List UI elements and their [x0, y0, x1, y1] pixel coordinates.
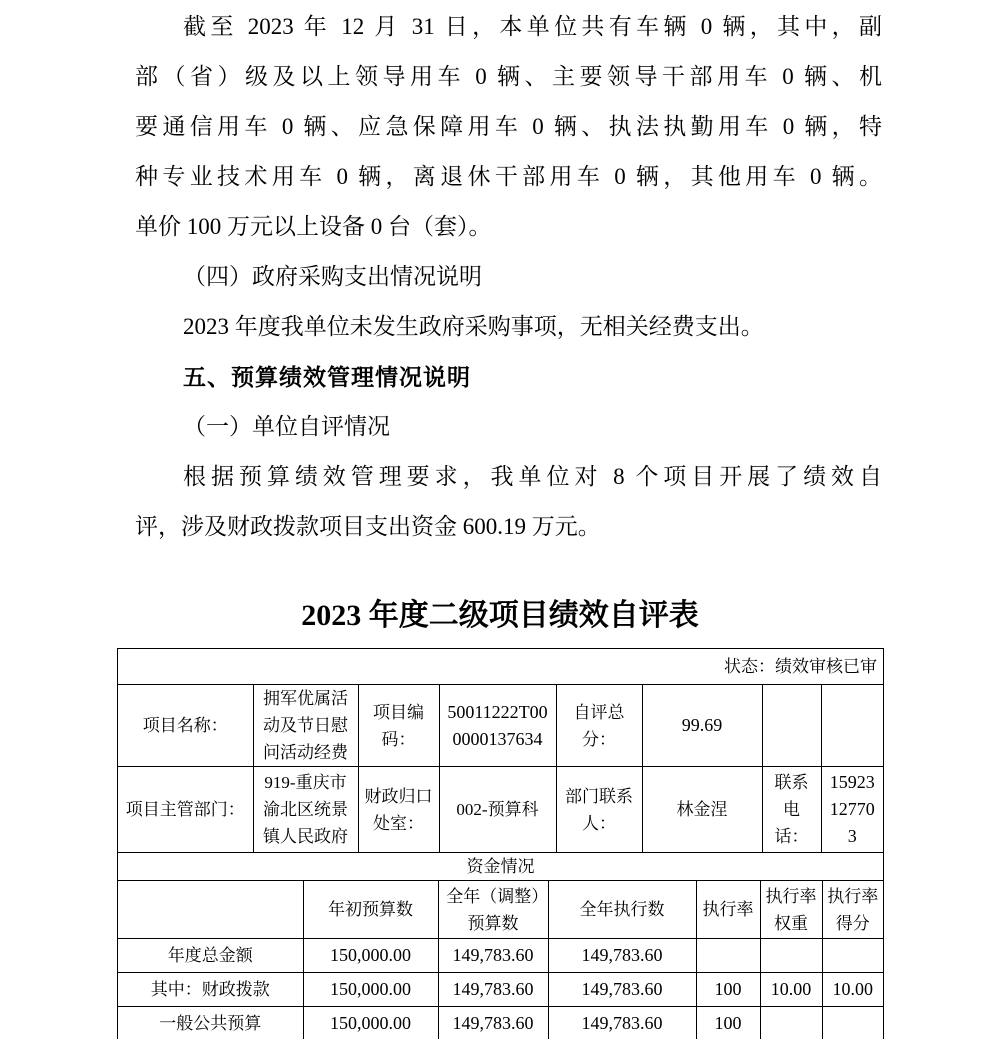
funding-header-rate-score: 执行率得分	[822, 881, 883, 939]
funding-table: 年初预算数 全年（调整）预算数 全年执行数 执行率 执行率权重 执行率得分 年度…	[118, 881, 883, 1039]
self-score-value: 99.69	[642, 685, 762, 767]
table-row: 一般公共预算 150,000.00 149,783.60 149,783.60 …	[118, 1007, 883, 1039]
dept-label: 项目主管部门：	[118, 767, 253, 853]
body-line: （四）政府采购支出情况说明	[135, 252, 882, 302]
project-name-label: 项目名称：	[118, 685, 253, 767]
rate-score-value	[822, 939, 883, 973]
executed-value: 149,783.60	[548, 973, 696, 1007]
phone-label: 联系电话：	[762, 767, 821, 853]
section-heading: 五、预算绩效管理情况说明	[135, 352, 882, 402]
contact-label: 部门联系人：	[556, 767, 642, 853]
empty-cell	[762, 685, 821, 767]
body-line: 评，涉及财政拨款项目支出资金 600.19 万元。	[135, 502, 882, 552]
performance-self-evaluation-table: 状态：绩效审核已审 项目名称： 拥军优属活动及节日慰问活动经费 项目编码： 50…	[117, 648, 884, 1039]
initial-budget-value: 150,000.00	[303, 1007, 438, 1039]
exec-rate-value: 100	[696, 1007, 760, 1039]
exec-rate-value: 100	[696, 973, 760, 1007]
body-line: 种专业技术用车 0 辆，离退休干部用车 0 辆，其他用车 0 辆。	[135, 152, 882, 202]
adjusted-budget-value: 149,783.60	[438, 1007, 548, 1039]
funding-header-adjusted-budget: 全年（调整）预算数	[438, 881, 548, 939]
table-title: 2023 年度二级项目绩效自评表	[0, 593, 1000, 638]
adjusted-budget-value: 149,783.60	[438, 973, 548, 1007]
funding-row-label: 一般公共预算	[118, 1007, 303, 1039]
project-name-value: 拥军优属活动及节日慰问活动经费	[253, 685, 358, 767]
project-code-value: 50011222T000000137634	[439, 685, 556, 767]
body-line: 根据预算绩效管理要求，我单位对 8 个项目开展了绩效自	[135, 452, 882, 502]
body-line: 截至 2023 年 12 月 31 日，本单位共有车辆 0 辆，其中，副	[135, 2, 882, 52]
self-score-label: 自评总分：	[556, 685, 642, 767]
body-line: 2023 年度我单位未发生政府采购事项，无相关经费支出。	[135, 302, 882, 352]
rate-score-value	[822, 1007, 883, 1039]
project-info-table: 项目名称： 拥军优属活动及节日慰问活动经费 项目编码： 50011222T000…	[118, 685, 883, 853]
funding-row-label: 年度总金额	[118, 939, 303, 973]
finance-office-value: 002-预算科	[439, 767, 556, 853]
contact-value: 林金涅	[642, 767, 762, 853]
empty-cell	[821, 685, 883, 767]
funding-header-executed: 全年执行数	[548, 881, 696, 939]
funding-header-initial-budget: 年初预算数	[303, 881, 438, 939]
executed-value: 149,783.60	[548, 1007, 696, 1039]
adjusted-budget-value: 149,783.60	[438, 939, 548, 973]
body-text: 截至 2023 年 12 月 31 日，本单位共有车辆 0 辆，其中，副部（省）…	[135, 2, 882, 552]
funding-row-label: 其中：财政拨款	[118, 973, 303, 1007]
project-code-label: 项目编码：	[358, 685, 439, 767]
executed-value: 149,783.60	[548, 939, 696, 973]
rate-weight-value: 10.00	[760, 973, 822, 1007]
exec-rate-value	[696, 939, 760, 973]
body-line: 要通信用车 0 辆、应急保障用车 0 辆、执法执勤用车 0 辆，特	[135, 102, 882, 152]
table-status: 状态：绩效审核已审	[118, 649, 883, 685]
funding-section-header: 资金情况	[118, 853, 883, 881]
body-line: （一）单位自评情况	[135, 402, 882, 452]
initial-budget-value: 150,000.00	[303, 939, 438, 973]
dept-value: 919-重庆市渝北区统景镇人民政府	[253, 767, 358, 853]
table-row: 其中：财政拨款 150,000.00 149,783.60 149,783.60…	[118, 973, 883, 1007]
initial-budget-value: 150,000.00	[303, 973, 438, 1007]
finance-office-label: 财政归口处室：	[358, 767, 439, 853]
body-line: 部（省）级及以上领导用车 0 辆、主要领导干部用车 0 辆、机	[135, 52, 882, 102]
funding-header-rate-weight: 执行率权重	[760, 881, 822, 939]
table-row: 年度总金额 150,000.00 149,783.60 149,783.60	[118, 939, 883, 973]
body-line: 单价 100 万元以上设备 0 台（套）。	[135, 202, 882, 252]
phone-value: 15923127703	[821, 767, 883, 853]
funding-header-blank	[118, 881, 303, 939]
rate-weight-value	[760, 1007, 822, 1039]
rate-weight-value	[760, 939, 822, 973]
funding-header-exec-rate: 执行率	[696, 881, 760, 939]
rate-score-value: 10.00	[822, 973, 883, 1007]
